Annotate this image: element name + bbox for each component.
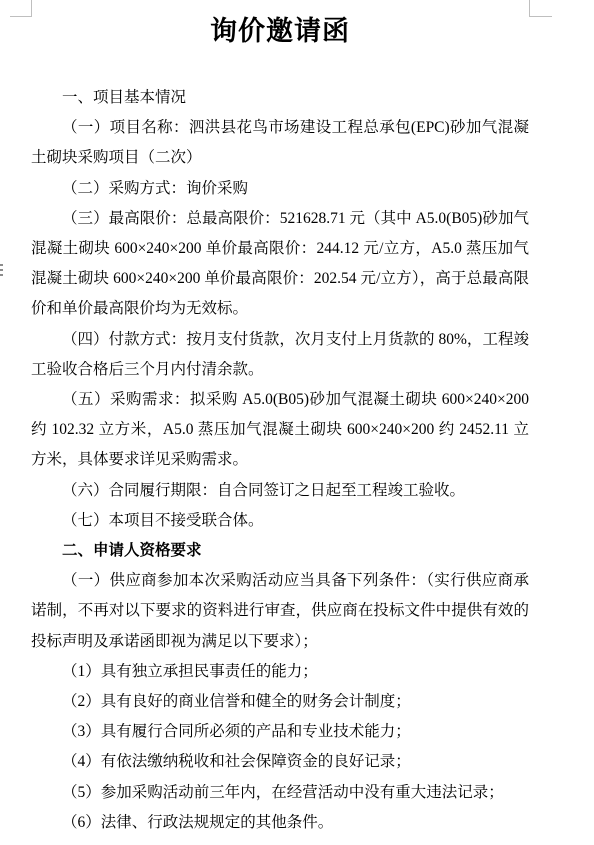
section-2-heading: 二、申请人资格要求 xyxy=(31,536,529,566)
edge-marker-dash xyxy=(0,274,3,276)
margin-crop-mark-top-left xyxy=(10,0,32,17)
para-condition-2: （2）具有良好的商业信誉和健全的财务会计制度； xyxy=(31,687,529,717)
document-body: 一、项目基本情况 （一）项目名称：泗洪县花鸟市场建设工程总承包(EPC)砂加气混… xyxy=(31,83,529,838)
para-condition-1: （1）具有独立承担民事责任的能力； xyxy=(31,657,529,687)
para-contract-period: （六）合同履行期限：自合同签订之日起至工程竣工验收。 xyxy=(31,476,529,506)
para-no-consortium: （七）本项目不接受联合体。 xyxy=(31,506,529,536)
para-project-name: （一）项目名称：泗洪县花鸟市场建设工程总承包(EPC)砂加气混凝土砌块采购项目（… xyxy=(31,113,529,173)
document-title: 询价邀请函 xyxy=(31,12,529,50)
para-supplier-conditions: （一）供应商参加本次采购活动应当具备下列条件：（实行供应商承诺制，不再对以下要求… xyxy=(31,566,529,657)
section-1-heading: 一、项目基本情况 xyxy=(31,83,529,113)
para-procurement-method: （二）采购方式：询价采购 xyxy=(31,174,529,204)
para-price-limit: （三）最高限价：总最高限价：521628.71 元（其中 A5.0(B05)砂加… xyxy=(31,204,529,325)
para-condition-6: （6）法律、行政法规规定的其他条件。 xyxy=(31,808,529,838)
margin-crop-mark-top-right xyxy=(529,0,552,17)
edge-marker xyxy=(0,264,4,279)
para-condition-5: （5）参加采购活动前三年内，在经营活动中没有重大违法记录； xyxy=(31,778,529,808)
para-condition-3: （3）具有履行合同所必须的产品和专业技术能力； xyxy=(31,717,529,747)
para-procurement-demand: （五）采购需求：拟采购 A5.0(B05)砂加气混凝土砌块 600×240×20… xyxy=(31,385,529,476)
document-page: 询价邀请函 一、项目基本情况 （一）项目名称：泗洪县花鸟市场建设工程总承包(EP… xyxy=(0,0,594,845)
edge-marker-dash xyxy=(0,264,3,266)
edge-marker-dash xyxy=(0,269,3,271)
para-condition-4: （4）有依法缴纳税收和社会保障资金的良好记录； xyxy=(31,747,529,777)
para-payment-terms: （四）付款方式：按月支付货款，次月支付上月货款的 80%，工程竣工验收合格后三个… xyxy=(31,325,529,385)
